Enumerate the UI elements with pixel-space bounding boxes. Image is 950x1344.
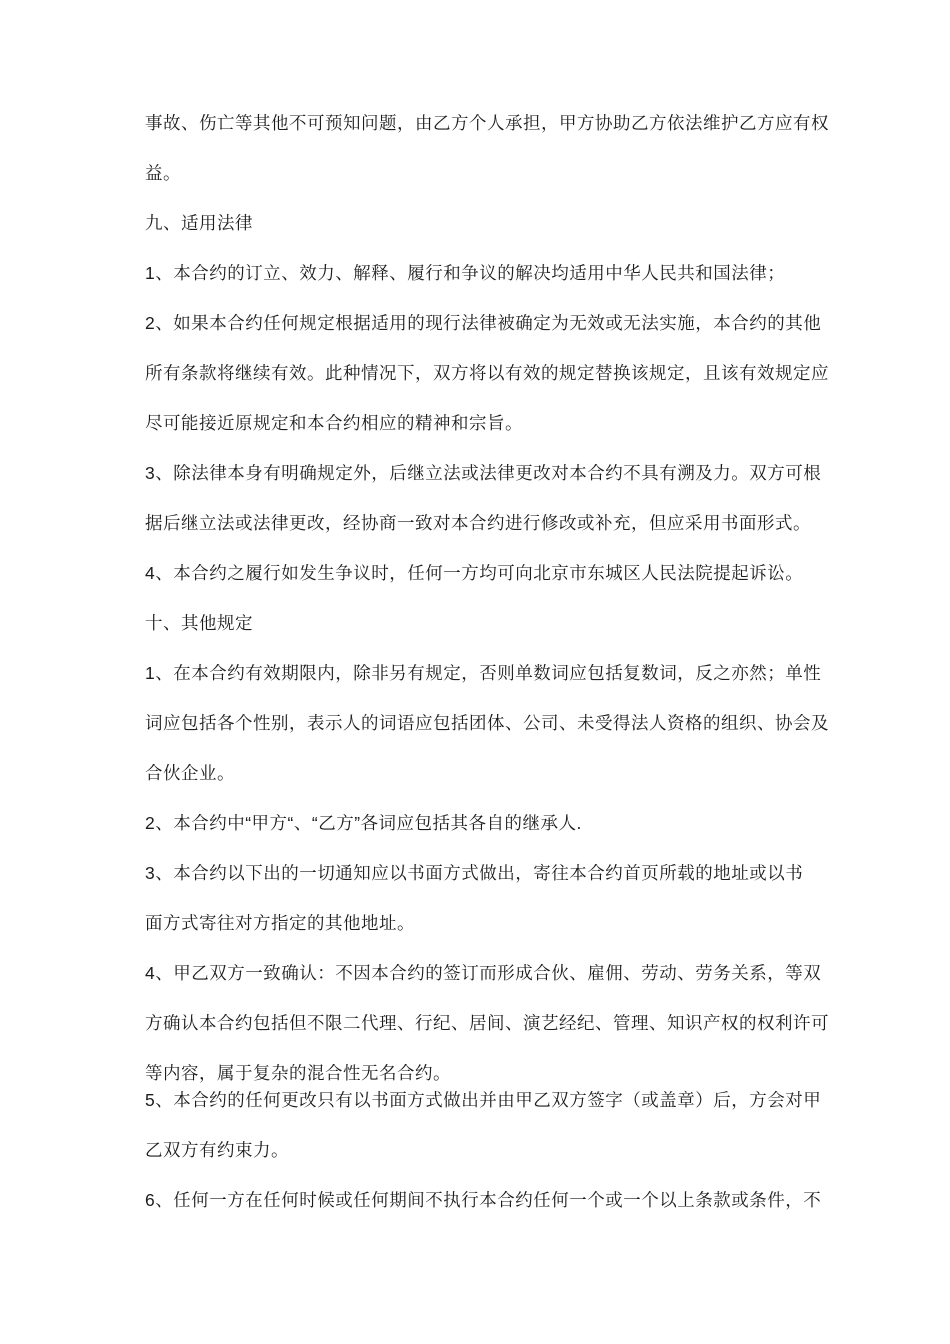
text-line: 3、除法律本身有明确规定外，后继立法或法律更改对本合约不具有溯及力。双方可根	[145, 462, 815, 484]
text-line: 乙双方有约束力。	[145, 1139, 815, 1161]
text-line: 所有条款将继续有效。此种情况下，双方将以有效的规定替换该规定，且该有效规定应	[145, 362, 815, 384]
text-line: 1、本合约的订立、效力、解释、履行和争议的解决均适用中华人民共和国法律；	[145, 262, 815, 284]
text-line: 2、本合约中“甲方“、“乙方”各词应包括其各自的继承人.	[145, 812, 815, 834]
text-line: 等内容，属于复杂的混合性无名合约。	[145, 1062, 815, 1084]
text-line: 方确认本合约包括但不限二代理、行纪、居间、演艺经纪、管理、知识产权的权利许可	[145, 1012, 815, 1034]
text-line: 面方式寄往对方指定的其他地址。	[145, 912, 815, 934]
text-line: 5、本合约的任何更改只有以书面方式做出并由甲乙双方签字（或盖章）后，方会对甲	[145, 1089, 815, 1111]
text-line: 尽可能接近原规定和本合约相应的精神和宗旨。	[145, 412, 815, 434]
text-line: 4、本合约之履行如发生争议时，任何一方均可向北京市东城区人民法院提起诉讼。	[145, 562, 815, 584]
text-line: 1、在本合约有效期限内，除非另有规定，否则单数词应包括复数词，反之亦然；单性	[145, 662, 815, 684]
section-heading: 九、适用法律	[145, 212, 815, 234]
text-line: 事故、伤亡等其他不可预知问题，由乙方个人承担，甲方协助乙方依法维护乙方应有权	[145, 112, 815, 134]
text-line: 据后继立法或法律更改，经协商一致对本合约进行修改或补充，但应采用书面形式。	[145, 512, 815, 534]
text-line: 4、甲乙双方一致确认：不因本合约的签订而形成合伙、雇佣、劳动、劳务关系，等双	[145, 962, 815, 984]
text-line: 6、任何一方在任何时候或任何期间不执行本合约任何一个或一个以上条款或条件，不	[145, 1189, 815, 1211]
text-line: 2、如果本合约任何规定根据适用的现行法律被确定为无效或无法实施，本合约的其他	[145, 312, 815, 334]
text-line: 3、本合约以下出的一切通知应以书面方式做出，寄往本合约首页所载的地址或以书	[145, 862, 815, 884]
section-heading: 十、其他规定	[145, 612, 815, 634]
text-line: 益。	[145, 162, 815, 184]
document-content: 事故、伤亡等其他不可预知问题，由乙方个人承担，甲方协助乙方依法维护乙方应有权益。…	[145, 112, 815, 1239]
contract-document-page: 事故、伤亡等其他不可预知问题，由乙方个人承担，甲方协助乙方依法维护乙方应有权益。…	[0, 0, 950, 1344]
text-line: 合伙企业。	[145, 762, 815, 784]
text-line: 词应包括各个性别，表示人的词语应包括团体、公司、未受得法人资格的组织、协会及	[145, 712, 815, 734]
